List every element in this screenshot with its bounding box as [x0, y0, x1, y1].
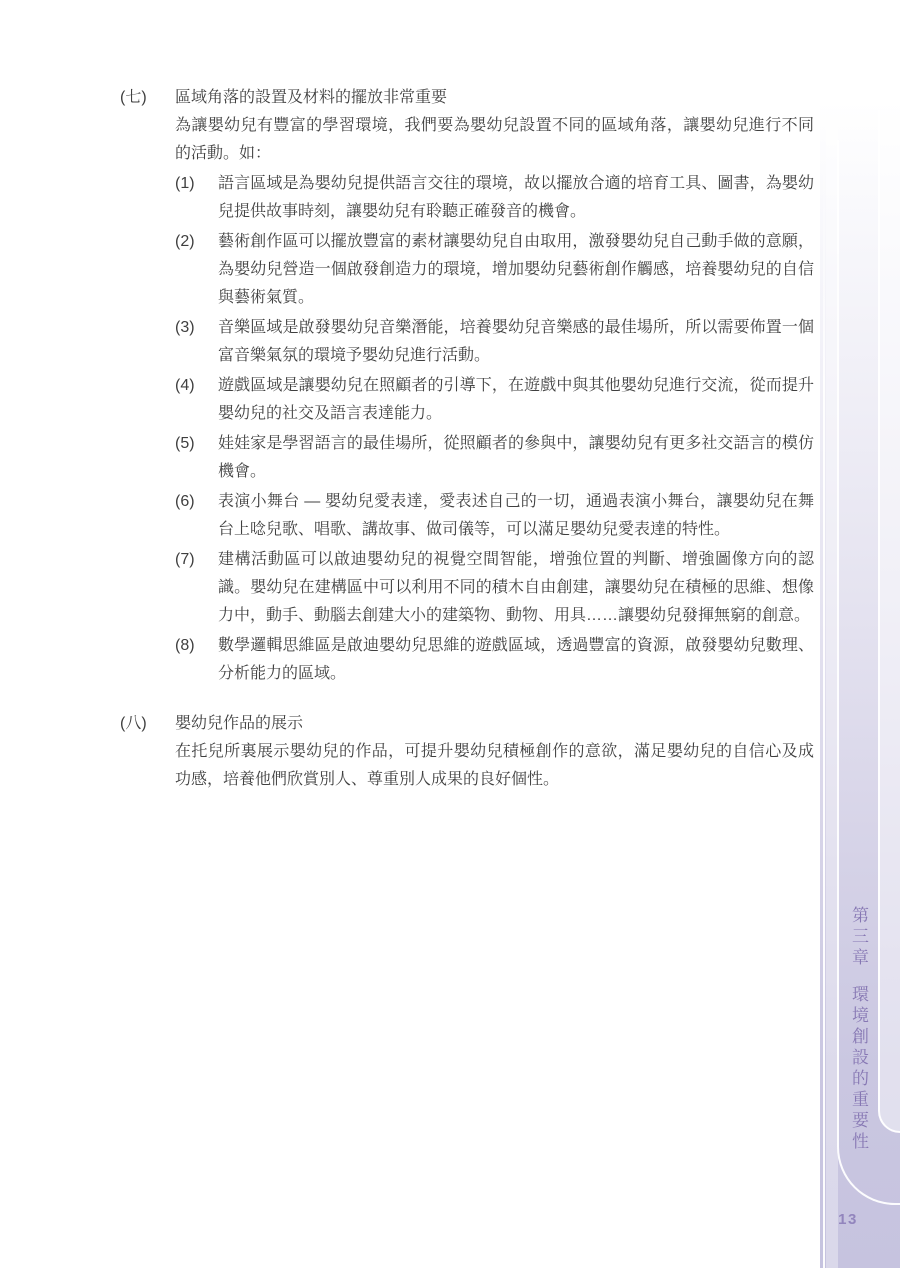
section-8: (八) 嬰幼兒作品的展示 在托兒所裏展示嬰幼兒的作品，可提升嬰幼兒積極創作的意欲…: [120, 710, 814, 794]
list-item-number: (3): [175, 314, 218, 342]
page-content: (七) 區域角落的設置及材料的擺放非常重要 為讓嬰幼兒有豐富的學習環境，我們要為…: [120, 84, 814, 794]
section-7: (七) 區域角落的設置及材料的擺放非常重要 為讓嬰幼兒有豐富的學習環境，我們要為…: [120, 84, 814, 688]
list-item-number: (5): [175, 430, 218, 458]
page-number: 13: [833, 1211, 863, 1228]
list-item: (4) 遊戲區域是讓嬰幼兒在照顧者的引導下，在遊戲中與其他嬰幼兒進行交流，從而提…: [175, 372, 814, 428]
section-8-heading: 嬰幼兒作品的展示: [175, 710, 814, 738]
list-item: (5) 娃娃家是學習語言的最佳場所，從照顧者的參與中，讓嬰幼兒有更多社交語言的模…: [175, 430, 814, 486]
chapter-title-label: 環境創設的重要性: [849, 985, 868, 1153]
section-8-intro: 在托兒所裏展示嬰幼兒的作品，可提升嬰幼兒積極創作的意欲，滿足嬰幼兒的自信心及成功…: [175, 738, 814, 794]
list-item-text: 語言區域是為嬰幼兒提供語言交往的環境，故以擺放合適的培育工具、圖書，為嬰幼兒提供…: [218, 170, 814, 226]
list-item: (1) 語言區域是為嬰幼兒提供語言交往的環境，故以擺放合適的培育工具、圖書，為嬰…: [175, 170, 814, 226]
section-7-items: (1) 語言區域是為嬰幼兒提供語言交往的環境，故以擺放合適的培育工具、圖書，為嬰…: [175, 170, 814, 688]
list-item: (7) 建構活動區可以啟迪嬰幼兒的視覺空間智能，增強位置的判斷、增強圖像方向的認…: [175, 546, 814, 630]
list-item-number: (1): [175, 170, 218, 198]
band-pinstripe-line: [823, 140, 825, 1268]
list-item-number: (4): [175, 372, 218, 400]
list-item-text: 遊戲區域是讓嬰幼兒在照顧者的引導下，在遊戲中與其他嬰幼兒進行交流，從而提升嬰幼兒…: [218, 372, 814, 428]
list-item-number: (2): [175, 228, 218, 256]
chapter-marker: 第三章環境創設的重要性: [840, 906, 876, 1156]
band-edge-highlight-strip: [878, 110, 900, 1133]
list-item: (6) 表演小舞台 — 嬰幼兒愛表達，愛表述自己的一切，通過表演小舞台，讓嬰幼兒…: [175, 488, 814, 544]
list-item-text: 數學邏輯思維區是啟迪嬰幼兒思維的遊戲區域，透過豐富的資源，啟發嬰幼兒數理、分析能…: [218, 632, 814, 688]
list-item-text: 建構活動區可以啟迪嬰幼兒的視覺空間智能，增強位置的判斷、增強圖像方向的認識。嬰幼…: [218, 546, 814, 630]
list-item: (8) 數學邏輯思維區是啟迪嬰幼兒思維的遊戲區域，透過豐富的資源，啟發嬰幼兒數理…: [175, 632, 814, 688]
section-7-heading: 區域角落的設置及材料的擺放非常重要: [175, 84, 814, 112]
chapter-number-label: 第三章: [849, 906, 868, 969]
list-item-text: 表演小舞台 — 嬰幼兒愛表達，愛表述自己的一切，通過表演小舞台，讓嬰幼兒在舞台上…: [218, 488, 814, 544]
section-8-label: (八): [120, 710, 175, 738]
list-item-number: (6): [175, 488, 218, 516]
list-item: (3) 音樂區域是啟發嬰幼兒音樂潛能，培養嬰幼兒音樂感的最佳場所，所以需要佈置一…: [175, 314, 814, 370]
list-item-text: 娃娃家是學習語言的最佳場所，從照顧者的參與中，讓嬰幼兒有更多社交語言的模仿機會。: [218, 430, 814, 486]
list-item-number: (7): [175, 546, 218, 574]
section-7-intro: 為讓嬰幼兒有豐富的學習環境，我們要為嬰幼兒設置不同的區域角落，讓嬰幼兒進行不同的…: [175, 112, 814, 168]
section-8-body: 嬰幼兒作品的展示 在托兒所裏展示嬰幼兒的作品，可提升嬰幼兒積極創作的意欲，滿足嬰…: [175, 710, 814, 794]
section-7-label: (七): [120, 84, 175, 112]
list-item-text: 音樂區域是啟發嬰幼兒音樂潛能，培養嬰幼兒音樂感的最佳場所，所以需要佈置一個富音樂…: [218, 314, 814, 370]
list-item: (2) 藝術創作區可以擺放豐富的素材讓嬰幼兒自由取用，激發嬰幼兒自己動手做的意願…: [175, 228, 814, 312]
list-item-number: (8): [175, 632, 218, 660]
section-7-body: 區域角落的設置及材料的擺放非常重要 為讓嬰幼兒有豐富的學習環境，我們要為嬰幼兒設…: [175, 84, 814, 688]
list-item-text: 藝術創作區可以擺放豐富的素材讓嬰幼兒自由取用，激發嬰幼兒自己動手做的意願，為嬰幼…: [218, 228, 814, 312]
